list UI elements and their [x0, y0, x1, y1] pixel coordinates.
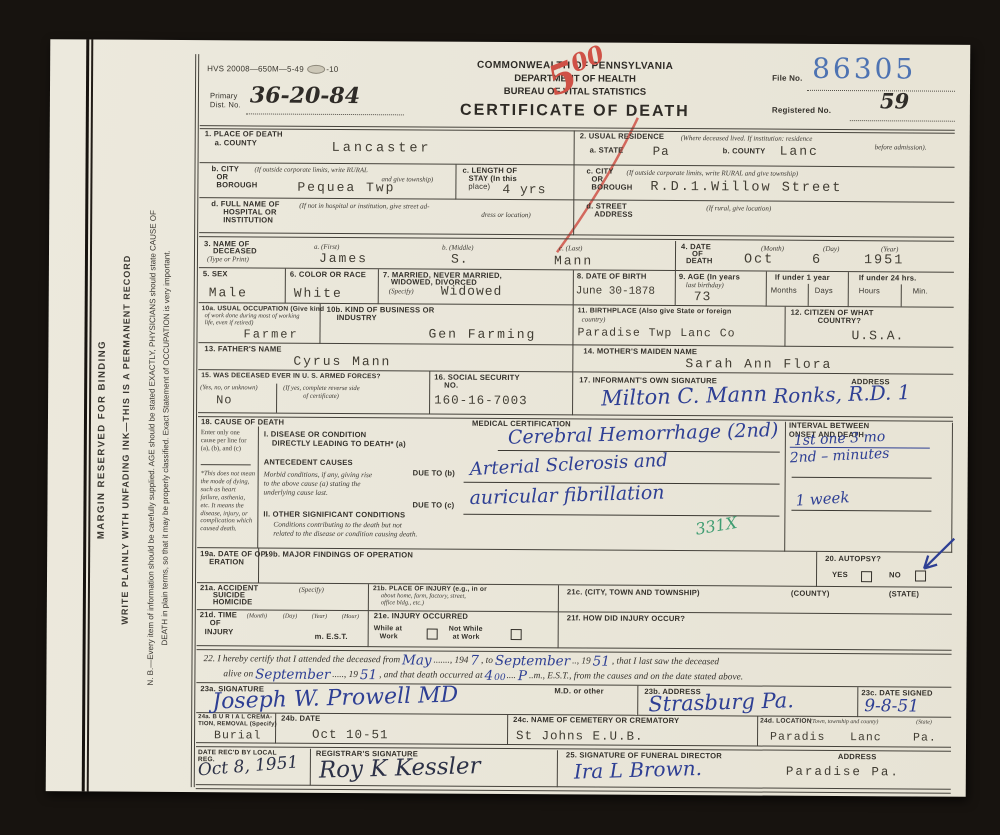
- field-usual-occupation: 10a. USUAL OCCUPATION (Give kind of work…: [198, 303, 320, 344]
- accident-label-3: HOMICIDE: [213, 598, 253, 607]
- operation-date-label-2: ERATION: [209, 558, 244, 567]
- certify-from-year: 7: [470, 653, 479, 669]
- location-state-value: Pa.: [913, 732, 937, 744]
- field-usual-residence: 2. USUAL RESIDENCE (Where deceased lived…: [575, 130, 955, 167]
- min-label: Min.: [913, 287, 928, 296]
- certify-ampm: P: [518, 668, 527, 684]
- field-cemetery-location: 24d. LOCATION (Town, township and county…: [758, 717, 951, 748]
- field-major-findings: 19b. MAJOR FINDINGS OF OPERATION: [259, 548, 817, 586]
- armed-forces-hint-1: (Yes, no, or unknown): [200, 384, 258, 392]
- field-physician-certification: 22. I hereby certify that I attended the…: [196, 651, 951, 688]
- residence-city-value: R.D.1.Willow Street: [650, 181, 842, 196]
- marital-value: Widowed: [441, 285, 503, 298]
- mother-name-label: 14. MOTHER'S MAIDEN NAME: [583, 347, 697, 356]
- father-name-value: Cyrus Mann: [293, 355, 391, 369]
- industry-label-2: INDUSTRY: [337, 314, 377, 323]
- field-age-under-1-year: If under 1 year Months Days: [767, 272, 849, 308]
- accident-specify-hint: (Specify): [299, 586, 324, 595]
- city-hint-1: (If outside corporate limits, write RURA…: [254, 166, 367, 175]
- field-citizen: 12. CITIZEN OF WHAT COUNTRY? U.S.A.: [785, 307, 953, 348]
- occupation-label-3: life, even if retired): [205, 319, 254, 327]
- form-number: HVS 20008—650M—5-49 -10: [207, 64, 338, 74]
- file-no-value: 86305: [812, 52, 916, 86]
- sex-value: Male: [209, 286, 248, 299]
- interval-a-value-1: 1st one 3 mo: [794, 430, 886, 448]
- certify-text: ....: [507, 671, 516, 681]
- green-pencil-code: 331X: [694, 515, 738, 538]
- length-of-stay-label-3: place): [468, 183, 490, 192]
- certify-text: ....., 19: [332, 670, 358, 680]
- usual-residence-hint-2: before admission).: [875, 143, 927, 152]
- first-name-value: James: [319, 252, 368, 265]
- primary-dist-underline: [246, 113, 404, 115]
- hospital-label-3: INSTITUTION: [223, 216, 273, 225]
- file-no-label: File No.: [772, 74, 803, 83]
- registered-no-value: 59: [880, 90, 909, 111]
- place-of-injury-label-3: office bldg., etc.): [381, 599, 424, 607]
- field-father-name: 13. FATHER'S NAME Cyrus Mann: [198, 343, 573, 372]
- usual-residence-hint-1: (Where deceased lived. If institution: r…: [681, 134, 813, 143]
- ssn-value: 160-16-7003: [434, 395, 528, 408]
- race-label: 6. COLOR OR RACE: [290, 271, 366, 280]
- field-street-address: d. STREET ADDRESS (If rural, give locati…: [574, 200, 954, 237]
- field-date-signed: 23c. DATE SIGNED 9-8-51: [858, 687, 951, 718]
- cemetery-label: 24c. NAME OF CEMETERY OR CREMATORY: [513, 716, 679, 726]
- interval-c-value: 1 week: [795, 490, 850, 508]
- field-hospital-name: d. FULL NAME OF (If not in hospital or i…: [199, 198, 574, 235]
- certify-hour: 4: [485, 668, 494, 684]
- middle-name-value: S.: [451, 253, 469, 266]
- autopsy-label: 20. AUTOPSY?: [825, 555, 881, 564]
- location-county-value: Lanc: [850, 732, 882, 744]
- field-length-of-stay: c. LENGTH OF STAY (In this place) 4 yrs: [456, 165, 574, 201]
- armed-forces-hint-2: (If yes, complete reverse side: [283, 385, 360, 393]
- under-24-hrs-divider: [901, 284, 902, 306]
- field-physician-address: 23b. ADDRESS Strasburg Pa.: [638, 686, 858, 717]
- cause-b-value: Arterial Sclerosis and: [469, 452, 668, 479]
- marital-specify-label: (Specify): [389, 287, 414, 296]
- dob-value: June 30-1878: [576, 286, 655, 297]
- field-place-of-death-county: 1. PLACE OF DEATH a. COUNTY Lancaster: [200, 128, 575, 165]
- section-cause-of-death: 18. CAUSE OF DEATH Enter only one cause …: [197, 418, 953, 553]
- location-state-hint: (State): [916, 719, 932, 726]
- citizen-label-2: COUNTRY?: [818, 317, 862, 326]
- field-informant: 17. INFORMANT'S OWN SIGNATURE ADDRESS Mi…: [573, 372, 953, 417]
- burial-label-2: TION, REMOVAL (Specify): [198, 721, 277, 728]
- under-24-hrs-label: If under 24 hrs.: [859, 274, 917, 283]
- cemetery-value: St Johns E.U.B.: [516, 730, 644, 743]
- age-value: 73: [694, 290, 712, 303]
- due-to-b-label: DUE TO (b): [413, 469, 455, 478]
- informant-address-value: Ronks, R.D. 1: [773, 382, 911, 406]
- morbid-note-3: underlying cause last.: [264, 489, 328, 498]
- autopsy-yes-label: YES: [832, 571, 848, 580]
- certify-text: alive on: [223, 669, 253, 679]
- certify-alive-year: 51: [360, 667, 377, 683]
- informant-signature: Milton C. Mann: [601, 384, 768, 410]
- interval-a-value-2: 2nd – minutes: [790, 447, 890, 466]
- certify-text: , to: [481, 656, 493, 666]
- seal-ornament-icon: [307, 65, 325, 74]
- field-sex: 5. SEX Male: [199, 268, 286, 304]
- margin-note-binding: MARGIN RESERVED FOR BINDING: [96, 340, 108, 539]
- residence-county-label: b. COUNTY: [723, 147, 766, 156]
- borough-label: BOROUGH: [216, 181, 257, 190]
- under-1-year-label: If under 1 year: [775, 274, 830, 283]
- certify-text: .., 19: [572, 656, 591, 666]
- field-physician-signature: 23a. SIGNATURE M.D. or other Joseph W. P…: [196, 683, 638, 716]
- field-burial-type: 24a. B U R I A L CREMA- TION, REMOVAL (S…: [196, 713, 276, 743]
- injury-occurred-label: 21e. INJURY OCCURRED: [374, 612, 468, 621]
- field-social-security: 16. SOCIAL SECURITY NO. 160-16-7003: [430, 372, 573, 416]
- father-name-label: 13. FATHER'S NAME: [204, 345, 281, 354]
- certify-text: , and that death occurred at: [379, 670, 483, 681]
- certify-text: ......., 194: [434, 656, 469, 666]
- injury-day-label: (Day): [283, 613, 297, 621]
- state-value: Pa: [653, 146, 670, 159]
- field-place-of-injury: 21b. PLACE OF INJURY (e.g., in or about …: [369, 584, 559, 612]
- residence-city-hint: (If outside corporate limits, write RURA…: [626, 169, 798, 178]
- field-accident-suicide-homicide: 21a. ACCIDENT SUICIDE HOMICIDE (Specify): [197, 583, 369, 611]
- injury-est-label: m. E.S.T.: [315, 633, 348, 642]
- not-while-at-work-label-2: at Work: [453, 634, 480, 642]
- last-name-label: c. (Last): [559, 244, 582, 253]
- injury-month-label: (Month): [247, 612, 267, 620]
- hours-label: Hours: [859, 287, 880, 296]
- hospital-hint-1: (If not in hospital or institution, give…: [299, 202, 429, 211]
- form-number-text: HVS 20008—650M—5-49: [207, 64, 304, 74]
- field-registrar-signature: REGISTRAR'S SIGNATURE Roy K Kessler: [311, 749, 558, 788]
- cause-side-note-1: Enter only one cause per line for (a), (…: [201, 429, 254, 453]
- injury-county-label: (COUNTY): [791, 590, 830, 599]
- field-date-of-operation: 19a. DATE OF OP- ERATION: [197, 548, 259, 583]
- location-town-value: Paradis: [770, 732, 825, 744]
- field-residence-city: c. CITY (If outside corporate limits, wr…: [574, 165, 954, 202]
- field-age: 9. AGE (In years last birthday) 73: [676, 271, 767, 307]
- dod-day-value: 6: [812, 254, 821, 268]
- how-injury-label: 21f. HOW DID INJURY OCCUR?: [567, 614, 685, 623]
- registrar-signature-value: Roy K Kessler: [319, 755, 481, 783]
- field-date-of-death: 4. DATE OF DEATH (Month) (Day) (Year) Oc…: [676, 241, 954, 273]
- physician-signature-value: Joseph W. Prowell MD: [212, 684, 459, 713]
- dod-month-value: Oct: [744, 253, 774, 267]
- injury-city-label: 21c. (CITY, TOWN AND TOWNSHIP): [567, 588, 700, 598]
- city-value: Pequea Twp: [297, 181, 395, 195]
- field-date-of-birth: 8. DATE OF BIRTH June 30-1878: [574, 270, 676, 306]
- certify-to-year: 51: [593, 654, 610, 670]
- cause-left-divider: [257, 426, 259, 548]
- hospital-hint-2: dress or location): [481, 211, 531, 220]
- while-at-work-label-2: Work: [380, 633, 398, 641]
- industry-value: Gen Farming: [428, 328, 536, 342]
- funeral-director-address-label: ADDRESS: [838, 753, 877, 762]
- field-funeral-director: 25. SIGNATURE OF FUNERAL DIRECTOR ADDRES…: [558, 750, 951, 789]
- dod-year-value: 1951: [864, 254, 904, 268]
- usual-residence-title: 2. USUAL RESIDENCE: [580, 132, 665, 141]
- not-while-at-work-checkbox: [511, 629, 522, 640]
- length-of-stay-value: 4 yrs: [502, 183, 546, 196]
- race-value: White: [294, 287, 343, 300]
- margin-note-nb-2: DEATH in plain terms, so that it may be …: [160, 250, 171, 645]
- time-of-injury-label-3: INJURY: [205, 628, 234, 637]
- dod-label-3: DEATH: [686, 257, 713, 266]
- registered-no-label: Registered No.: [772, 106, 831, 116]
- burial-date-value: Oct 10-51: [312, 729, 389, 742]
- birthplace-value: Paradise Twp Lanc Co: [577, 327, 735, 339]
- field-mother-maiden-name: 14. MOTHER'S MAIDEN NAME Sarah Ann Flora: [573, 345, 953, 374]
- field-birthplace: 11. BIRTHPLACE (Also give State or forei…: [573, 305, 785, 346]
- field-marital-status: 7. MARRIED, NEVER MARRIED, WIDOWED, DIVO…: [379, 269, 574, 305]
- certify-to-month: September: [495, 653, 570, 669]
- date-signed-value: 9-8-51: [864, 698, 919, 715]
- certify-minutes: 00: [494, 673, 506, 683]
- cause-c-value: auricular fibrillation: [469, 484, 664, 509]
- certify-from-month: May: [402, 652, 432, 668]
- days-label: Days: [815, 287, 833, 296]
- residence-borough-label: BOROUGH: [591, 184, 632, 193]
- sex-label: 5. SEX: [203, 270, 228, 279]
- field-injury-city: 21c. (CITY, TOWN AND TOWNSHIP) (COUNTY) …: [559, 585, 952, 614]
- field-business-industry: 10b. KIND OF BUSINESS OR INDUSTRY Gen Fa…: [320, 304, 573, 346]
- certify-alive-month: September: [255, 666, 330, 682]
- armed-forces-hint-3: of certificate): [303, 393, 339, 401]
- margin-note-permanent-record: WRITE PLAINLY WITH UNFADING INK—THIS IS …: [120, 255, 132, 625]
- injury-year-label: (Year): [312, 613, 327, 621]
- dod-day-label: (Day): [823, 245, 839, 253]
- autopsy-no-pen-arrow: [902, 534, 957, 582]
- location-hint: (Town, township and county): [810, 719, 878, 726]
- armed-forces-value: No: [216, 394, 232, 406]
- autopsy-yes-checkbox: [861, 571, 872, 582]
- cause-side-note-2: *This does not mean the mode of dying, s…: [200, 470, 255, 534]
- burial-date-label: 24b. DATE: [281, 715, 320, 724]
- registered-no-underline: [850, 120, 955, 122]
- cause-a-value: Cerebral Hemorrhage (2nd): [508, 421, 779, 448]
- field-city-borough: b. CITY (If outside corporate limits, wr…: [199, 163, 456, 200]
- due-to-c-label: DUE TO (c): [412, 501, 454, 510]
- occupation-value: Farmer: [243, 328, 298, 340]
- field-burial-date: 24b. DATE Oct 10-51: [276, 714, 508, 745]
- mother-name-value: Sarah Ann Flora: [685, 357, 832, 371]
- certificate-sheet: MARGIN RESERVED FOR BINDING WRITE PLAINL…: [46, 39, 971, 797]
- funeral-director-address-value: Paradise Pa.: [786, 766, 900, 779]
- county-label: a. COUNTY: [215, 139, 257, 148]
- interval-divider: [784, 422, 786, 552]
- name-label-3: (Type or Print): [207, 255, 249, 264]
- margin-note-nb-1: N. B.—Every item of information should b…: [146, 210, 158, 686]
- last-name-value: Mann: [554, 254, 593, 267]
- interval-b-underline: [792, 477, 932, 479]
- while-at-work-label-1: While at: [374, 625, 402, 633]
- autopsy-no-label: NO: [889, 571, 901, 580]
- primary-dist-value: 36-20-84: [250, 84, 360, 107]
- while-at-work-checkbox: [427, 629, 438, 640]
- field-armed-forces: 15. WAS DECEASED EVER IN U. S. ARMED FOR…: [198, 370, 430, 414]
- field-date-received: DATE REC'D BY LOCAL REG. Oct 8, 1951: [196, 748, 311, 786]
- state-label: a. STATE: [590, 146, 624, 155]
- interval-c-underline: [791, 510, 931, 512]
- field-how-injury-occurred: 21f. HOW DID INJURY OCCUR?: [559, 612, 952, 650]
- birthplace-label-2: country): [582, 315, 606, 324]
- injury-hour-label: (Hour): [342, 613, 359, 621]
- certify-line-2: alive onSeptember....., 1951, and that d…: [222, 668, 744, 685]
- major-findings-label: 19b. MAJOR FINDINGS OF OPERATION: [264, 551, 413, 561]
- md-or-other-label: M.D. or other: [554, 687, 603, 696]
- location-label: 24d. LOCATION: [760, 718, 812, 726]
- field-age-under-24-hrs: If under 24 hrs. Hours Min.: [849, 272, 954, 308]
- under-1-year-divider: [808, 284, 809, 306]
- months-label: Months: [771, 287, 797, 296]
- armed-forces-label: 15. WAS DECEASED EVER IN U. S. ARMED FOR…: [201, 372, 381, 381]
- street-label-2: ADDRESS: [594, 211, 633, 220]
- certify-text: , that I last saw the deceased: [612, 657, 719, 668]
- disease-label-2: DIRECTLY LEADING TO DEATH* (a): [272, 440, 406, 450]
- county-value: Lancaster: [332, 142, 432, 156]
- primary-dist-label-2: Dist. No.: [210, 101, 241, 110]
- ssn-label-2: NO.: [444, 382, 458, 391]
- field-time-of-injury: 21d. TIME (Month) (Day) (Year) (Hour) OF…: [197, 610, 369, 647]
- other-conditions-note-2: related to the disease or condition caus…: [273, 530, 417, 540]
- armed-forces-divider: [276, 384, 277, 413]
- citizen-value: U.S.A.: [851, 329, 904, 342]
- residence-county-value: Lanc: [780, 145, 819, 158]
- antecedent-label: ANTECEDENT CAUSES: [264, 459, 353, 468]
- field-cemetery-name: 24c. NAME OF CEMETERY OR CREMATORY St Jo…: [508, 715, 758, 747]
- cause-side-rule: [201, 464, 251, 465]
- not-while-at-work-label-1: Not While: [449, 626, 483, 634]
- field-injury-occurred: 21e. INJURY OCCURRED While at Work Not W…: [369, 611, 559, 648]
- field-color-race: 6. COLOR OR RACE White: [286, 269, 379, 305]
- burial-type-value: Burial: [214, 730, 261, 742]
- field-name-of-deceased: 3. NAME OF DECEASED (Type or Print) a. (…: [199, 238, 676, 271]
- certify-text: ..m., E.S.T., from the causes and on the…: [529, 671, 743, 682]
- dob-label: 8. DATE OF BIRTH: [577, 272, 647, 281]
- injury-state-label: (STATE): [889, 590, 919, 599]
- funeral-director-signature: Ira L Brown.: [574, 758, 703, 782]
- physician-address-value: Strasburg Pa.: [648, 690, 794, 715]
- street-hint: (If rural, give location): [706, 204, 771, 213]
- form-number-suffix: -10: [326, 65, 338, 74]
- certify-text: 22. I hereby certify that I attended the…: [203, 654, 400, 665]
